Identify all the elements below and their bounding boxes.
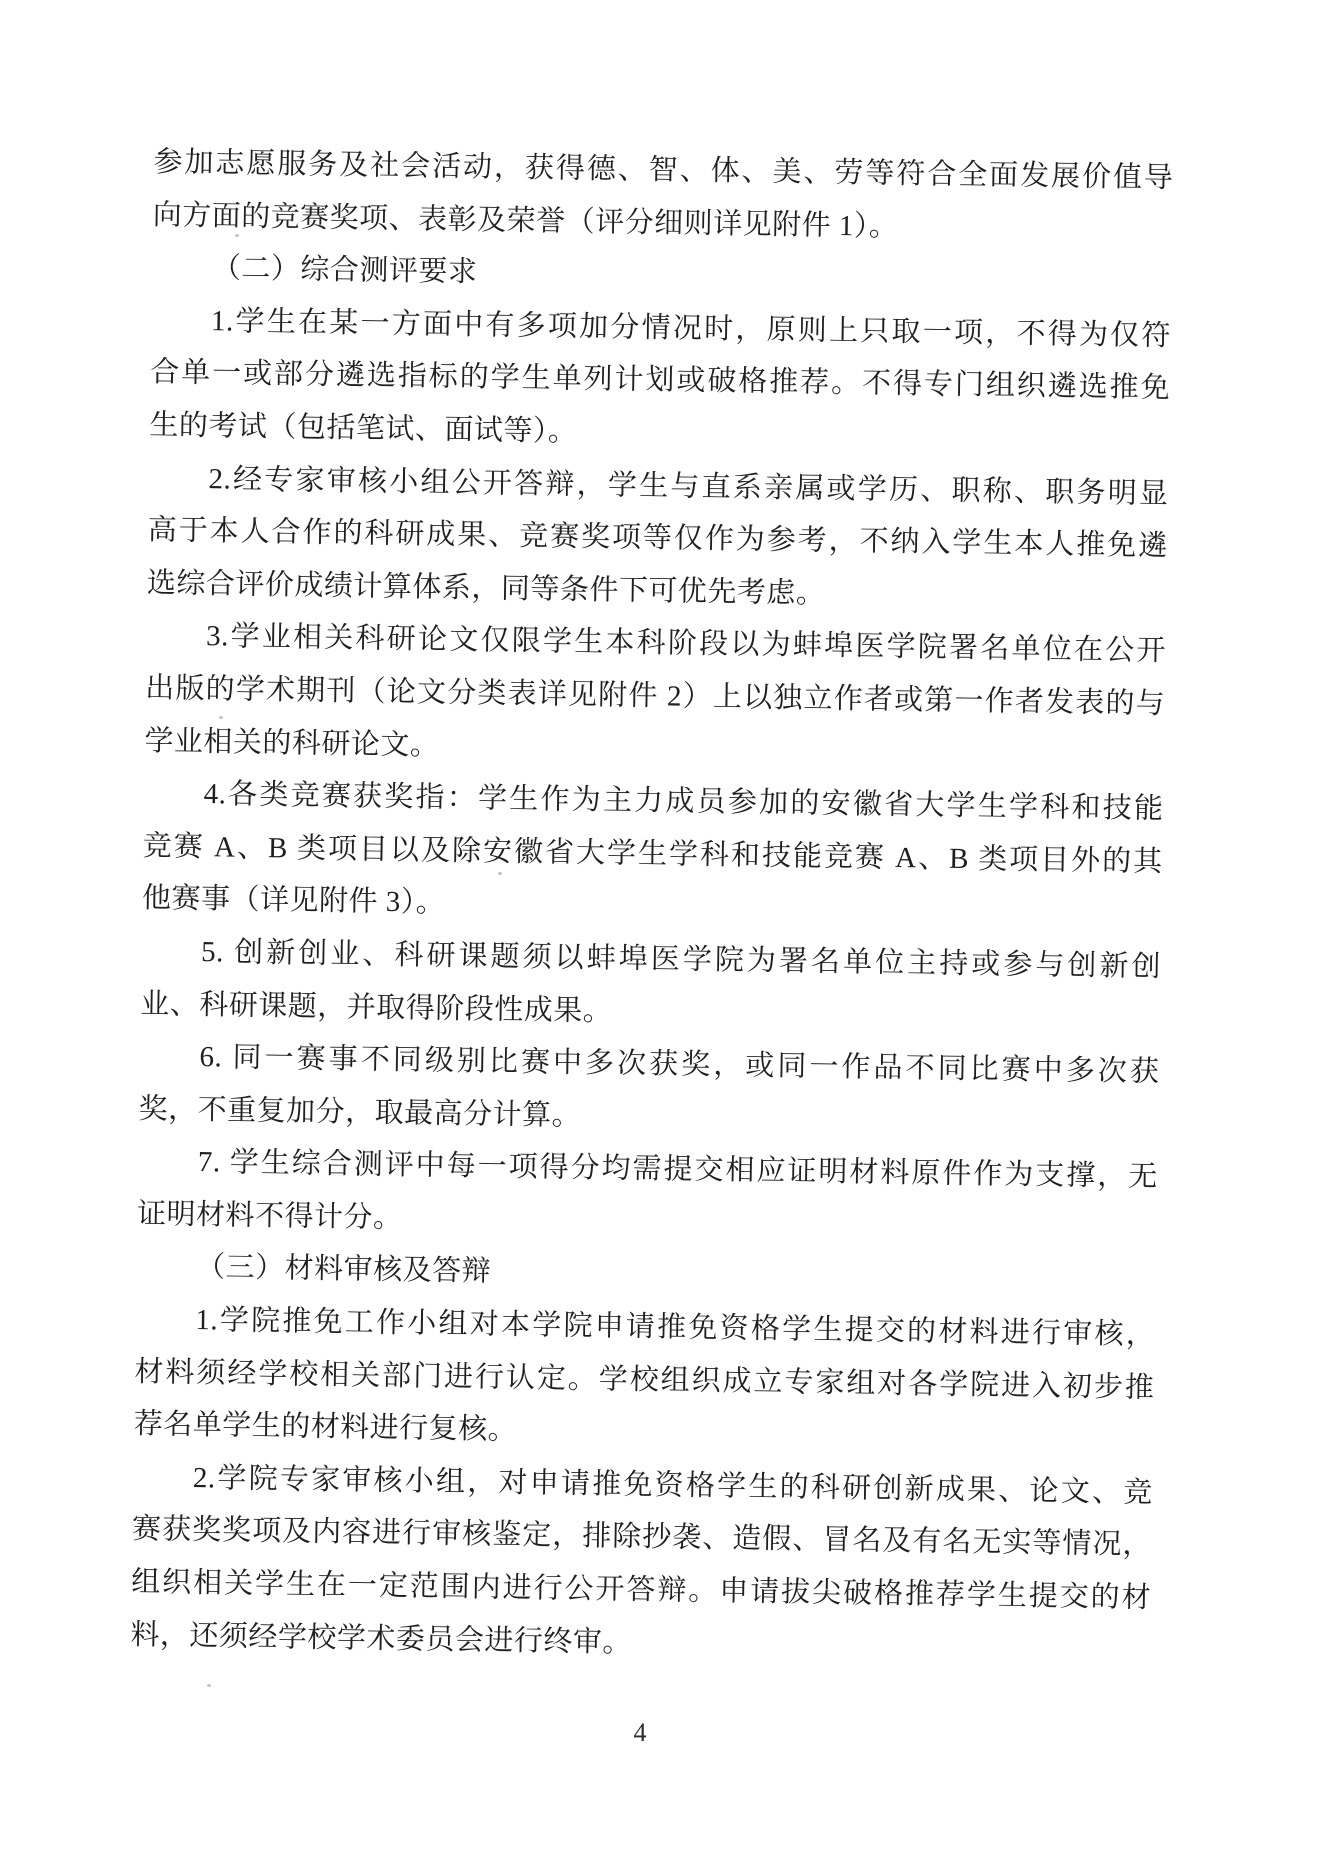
document-page: 参加志愿服务及社会活动，获得德、智、体、美、劳等符合全面发展价值导向方面的竞赛奖…: [0, 0, 1322, 1870]
page-number: 4: [600, 1718, 680, 1748]
scan-speck: [498, 872, 502, 875]
document-text-block: 参加志愿服务及社会活动，获得德、智、体、美、劳等符合全面发展价值导向方面的竞赛奖…: [130, 136, 1174, 1677]
scan-speck: [219, 716, 223, 719]
scan-speck: [207, 1684, 211, 1687]
scan-speck: [235, 234, 239, 237]
